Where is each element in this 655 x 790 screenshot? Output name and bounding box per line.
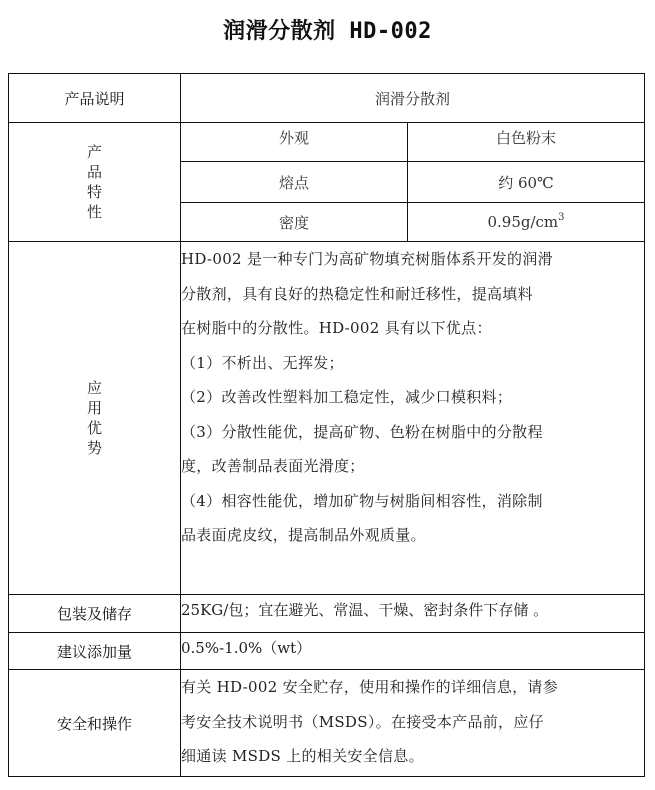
product-description-label: 产品说明 — [9, 74, 181, 123]
label-char: 性 — [9, 202, 180, 222]
application-advantages-text: HD-002 是一种专门为高矿物填充树脂体系开发的润滑 分散剂，具有良好的热稳定… — [181, 242, 645, 595]
recommended-dosage-value: 0.5%-1.0%（wt） — [181, 633, 645, 670]
packaging-storage-value: 25KG/包；宜在避光、常温、干燥、密封条件下存储 。 — [181, 595, 645, 633]
label-char: 优 — [9, 418, 180, 438]
label-char: 应 — [9, 378, 180, 398]
row-product-description: 产品说明 润滑分散剂 — [9, 74, 645, 123]
label-char: 品 — [9, 162, 180, 182]
property-value: 白色粉末 — [408, 123, 645, 162]
text-line: 度，改善制品表面光滑度； — [181, 449, 644, 484]
product-properties-label: 产 品 特 性 — [9, 123, 181, 242]
packaging-storage-label: 包装及储存 — [9, 595, 181, 633]
text-line: HD-002 是一种专门为高矿物填充树脂体系开发的润滑 — [181, 242, 644, 277]
property-name: 外观 — [181, 123, 408, 162]
density-value: 0.95g/cm — [487, 213, 558, 231]
text-line: （4）相容性能优，增加矿物与树脂间相容性，消除制 — [181, 484, 644, 519]
label-char: 势 — [9, 438, 180, 458]
text-line: （2）改善改性塑料加工稳定性，减少口模积料； — [181, 380, 644, 415]
label-char: 产 — [9, 142, 180, 162]
density-unit-exponent: 3 — [558, 212, 564, 223]
text-line: （3）分散性能优，提高矿物、色粉在树脂中的分散程 — [181, 415, 644, 450]
row-application-advantages: 应 用 优 势 HD-002 是一种专门为高矿物填充树脂体系开发的润滑 分散剂，… — [9, 242, 645, 595]
row-packaging-storage: 包装及储存 25KG/包；宜在避光、常温、干燥、密封条件下存储 。 — [9, 595, 645, 633]
product-description-value: 润滑分散剂 — [181, 74, 645, 123]
text-line: 考安全技术说明书（MSDS）。在接受本产品前，应仔 — [181, 705, 644, 740]
property-name: 熔点 — [181, 162, 408, 203]
document-title: 润滑分散剂 HD-002 — [0, 14, 655, 45]
text-line: 在树脂中的分散性。HD-002 具有以下优点： — [181, 311, 644, 346]
property-value: 约 60℃ — [408, 162, 645, 203]
safety-handling-text: 有关 HD-002 安全贮存，使用和操作的详细信息，请参 考安全技术说明书（MS… — [181, 670, 645, 777]
text-line: （1）不析出、无挥发； — [181, 346, 644, 381]
text-line: 有关 HD-002 安全贮存，使用和操作的详细信息，请参 — [181, 670, 644, 705]
safety-handling-label: 安全和操作 — [9, 670, 181, 777]
label-char: 特 — [9, 182, 180, 202]
product-spec-table: 产品说明 润滑分散剂 产 品 特 性 外观 白色粉末 熔点 约 60℃ 密度 0… — [8, 73, 645, 777]
recommended-dosage-label: 建议添加量 — [9, 633, 181, 670]
row-property-appearance: 产 品 特 性 外观 白色粉末 — [9, 123, 645, 162]
safety-paragraph: 有关 HD-002 安全贮存，使用和操作的详细信息，请参 考安全技术说明书（MS… — [181, 670, 644, 774]
row-recommended-dosage: 建议添加量 0.5%-1.0%（wt） — [9, 633, 645, 670]
row-safety-handling: 安全和操作 有关 HD-002 安全贮存，使用和操作的详细信息，请参 考安全技术… — [9, 670, 645, 777]
application-advantages-label: 应 用 优 势 — [9, 242, 181, 595]
property-value: 0.95g/cm3 — [408, 203, 645, 242]
text-line: 分散剂，具有良好的热稳定性和耐迁移性，提高填料 — [181, 277, 644, 312]
property-name: 密度 — [181, 203, 408, 242]
text-line: 品表面虎皮纹，提高制品外观质量。 — [181, 518, 644, 553]
text-line: 细通读 MSDS 上的相关安全信息。 — [181, 739, 644, 774]
label-char: 用 — [9, 398, 180, 418]
advantages-paragraph: HD-002 是一种专门为高矿物填充树脂体系开发的润滑 分散剂，具有良好的热稳定… — [181, 242, 644, 553]
